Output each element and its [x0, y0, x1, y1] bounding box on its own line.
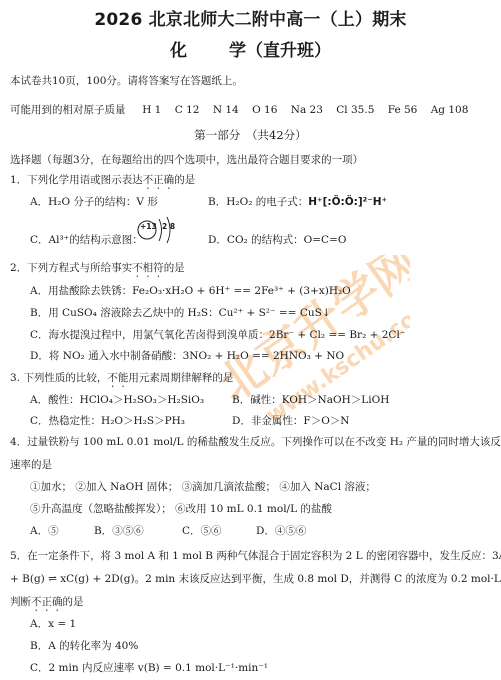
stem-text: 判断 [10, 596, 31, 608]
q4-option-a: A．⑤ [30, 523, 59, 538]
q3-option-c: C．热稳定性：H₂O＞H₂S＞PH₃ [30, 413, 185, 428]
question-5-stem-line2: + B(g) ⇌ xC(g) + 2D(g)。2 min 末该反应达到平衡，生成… [10, 571, 501, 586]
section-title: 第一部分 （共42分） [0, 127, 501, 143]
stem-text: 2．下列方程式与所给事实 [10, 262, 132, 274]
question-2-stem: 2．下列方程式与所给事实不相符的是 [10, 260, 185, 280]
question-4-stem-line1: 4．过量铁粉与 100 mL 0.01 mol/L 的稀盐酸发生反应。下列操作可… [10, 434, 501, 449]
stem-emphasis: 不能 [107, 372, 128, 384]
stem-text: 3. 下列性质的比较， [10, 372, 107, 384]
exam-page: 北京升学网 www.kschu.com 2026 北京北师大二附中高一（上）期末… [0, 0, 501, 680]
atomic-mass-item: Ag 108 [431, 104, 469, 116]
atomic-mass-line: 可能用到的相对原子质量 H 1 C 12 N 14 O 16 Na 23 Cl … [10, 102, 468, 117]
q1-option-c: C．Al³⁺的结构示意图： [30, 232, 143, 247]
q4-option-c: C．⑤⑥ [182, 523, 222, 538]
stem-text: 的是 [63, 596, 84, 608]
q1-option-d: D．CO₂ 的结构式：O=C=O [208, 232, 346, 247]
subject-title: 化学（直升班） [170, 36, 331, 61]
stem-emphasis: 不相符 [132, 262, 164, 274]
q1-option-a: A．H₂O 分子的结构：V 形 [30, 194, 158, 209]
atomic-mass-label: 可能用到的相对原子质量 [10, 104, 126, 116]
atomic-mass-item: O 16 [252, 104, 277, 116]
question-1-stem: 1．下列化学用语或图示表达不正确的是 [10, 172, 195, 192]
stem-text: 的是 [164, 262, 185, 274]
atomic-mass-item: Fe 56 [388, 104, 418, 116]
q3-option-a: A．酸性：HClO₄＞H₂SO₃＞H₂SiO₃ [30, 392, 204, 407]
atomic-mass-item: C 12 [175, 104, 200, 116]
q5-option-c: C．2 min 内反应速率 v(B) = 0.1 mol·L⁻¹·min⁻¹ [30, 660, 268, 675]
q1-option-b: B．H₂O₂ 的电子式：H⁺[:Ö:Ö:]²⁻H⁺ [208, 194, 387, 209]
q5-option-a: A．x = 1 [30, 616, 76, 631]
atomic-mass-item: Cl 35.5 [336, 104, 374, 116]
q4-option-d: D．④⑤⑥ [256, 523, 306, 538]
question-4-stem-line2: 速率的是 [10, 457, 52, 472]
q4-option-b: B．③⑤⑥ [94, 523, 144, 538]
question-3-stem: 3. 下列性质的比较，不能用元素周期律解释的是 [10, 370, 233, 390]
stem-text: 的是 [174, 174, 195, 186]
stem-emphasis: 不正确 [143, 174, 175, 186]
subject-right: 学（直升班） [229, 41, 331, 61]
q2-option-a: A．用盐酸除去铁锈：Fe₂O₃·xH₂O + 6H⁺ == 2Fe³⁺ + (3… [30, 283, 351, 298]
atomic-mass-item: H 1 [142, 104, 161, 116]
exam-intro: 本试卷共10页，100分。请将答案写在答题纸上。 [10, 73, 243, 88]
electron-formula: H⁺[:Ö:Ö:]²⁻H⁺ [308, 196, 387, 208]
al-electron-shells: 2 8 [162, 222, 175, 231]
q2-option-b: B．用 CuSO₄ 溶液除去乙炔中的 H₂S：Cu²⁺ + S²⁻ == CuS… [30, 305, 331, 320]
option-label: B．H₂O₂ 的电子式： [208, 196, 308, 208]
q5-option-b: B．A 的转化率为 40% [30, 638, 138, 653]
question-5-stem-line3: 判断不正确的是 [10, 594, 84, 614]
exam-title: 2026 北京北师大二附中高一（上）期末 [0, 5, 501, 30]
q3-option-d: D．非金属性：F＞O＞N [232, 413, 350, 428]
q2-option-c: C．海水提溴过程中，用氯气氧化苦卤得到溴单质：2Br⁻ + Cl₂ == Br₂… [30, 327, 405, 342]
q4-operations-line2: ⑤升高温度（忽略盐酸挥发）； ⑥改用 10 mL 0.1 mol/L 的盐酸 [30, 501, 332, 516]
q4-operations-line1: ①加水； ②加入 NaOH 固体； ③滴加几滴浓盐酸； ④加入 NaCl 溶液； [30, 479, 376, 494]
q2-option-d: D．将 NO₂ 通入水中制备硝酸：3NO₂ + H₂O == 2HNO₃ + N… [30, 348, 344, 363]
section-instruction: 选择题（每题3分，在每题给出的四个选项中，选出最符合题目要求的一项） [10, 152, 363, 167]
atomic-mass-item: N 14 [213, 104, 239, 116]
stem-emphasis: 不正确 [31, 596, 63, 608]
stem-text: 用元素周期律解释的是 [128, 372, 233, 384]
al-ion-structure-diagram [137, 216, 187, 248]
stem-text: 1．下列化学用语或图示表达 [10, 174, 143, 186]
q3-option-b: B．碱性：KOH＞NaOH＞LiOH [232, 392, 389, 407]
al-nucleus-charge: +13 [140, 222, 157, 231]
atomic-mass-item: Na 23 [291, 104, 323, 116]
question-5-stem-line1: 5．在一定条件下，将 3 mol A 和 1 mol B 两种气体混合于固定容积… [10, 548, 501, 563]
subject-left: 化 [170, 41, 187, 61]
